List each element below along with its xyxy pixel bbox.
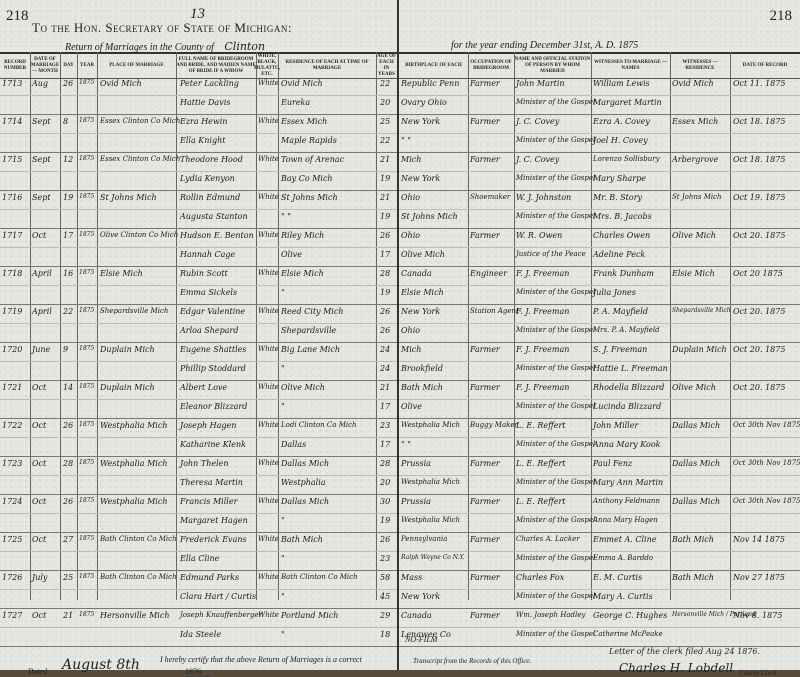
record-date: Oct 19. 1875 (733, 193, 785, 202)
table-row: 1716 Sept 19 1875 St Johns Mich Rollin E… (0, 190, 397, 229)
record-number: 1723 (2, 459, 22, 468)
record-date: Oct 20. 1875 (733, 345, 785, 354)
officiant-title: Minister of the Gospel (516, 592, 595, 600)
bride-name: Augusta Stanton (180, 212, 248, 221)
certification-year: 1876 (185, 667, 210, 676)
groom-name: Rubin Scott (180, 269, 228, 278)
residence-groom: Essex Mich (281, 117, 327, 126)
bride-name: Emma Sickels (180, 288, 237, 297)
groom-name: Joseph Knauffenberger (180, 611, 262, 619)
witness-residence: Olive Mich (672, 383, 716, 392)
day: 9 (63, 345, 68, 354)
age-bride: 19 (380, 212, 390, 221)
year: 1875 (79, 573, 94, 580)
officiant-title: Minister of the Gospel (516, 288, 595, 296)
day: 8 (63, 117, 68, 126)
witness-1: George C. Hughes (593, 611, 667, 620)
groom-name: Edgar Valentine (180, 307, 245, 316)
witness-1: P. A. Mayfield (593, 307, 648, 316)
color: White (258, 231, 279, 239)
bride-name: Hannah Cage (180, 250, 235, 259)
birthplace-groom: Mich (401, 345, 421, 354)
color: White (258, 193, 279, 201)
day: 22 (63, 307, 73, 316)
bride-name: Katharine Klenk (180, 440, 246, 449)
groom-name: Joseph Hagen (180, 421, 236, 430)
clerk-signature: Charles H. Lobdell (619, 661, 733, 675)
birthplace-groom: New York (401, 307, 440, 316)
residence-groom: Reed City Mich (281, 307, 344, 316)
witness-residence: Bath Mich (672, 535, 714, 544)
age-groom: 28 (380, 459, 390, 468)
col-color: White, Black, Mulatto, Etc. (256, 54, 279, 78)
groom-name: Eugene Shattles (180, 345, 247, 354)
age-bride: 19 (380, 174, 390, 183)
color: White (258, 307, 279, 315)
witness-residence: Elsie Mich (672, 269, 715, 278)
officiant-name: Charles Fox (516, 573, 564, 582)
color: White (258, 497, 279, 505)
residence-groom: St Johns Mich (281, 193, 338, 202)
groom-name: Frederick Evans (180, 535, 247, 544)
groom-name: Ezra Hewin (180, 117, 227, 126)
birthplace-groom: Pennsylvania (401, 535, 447, 543)
witness-residence: Shepardsville Mich (672, 307, 731, 314)
residence-bride: Shepardsville (281, 326, 336, 335)
table-row: 1725 Oct 27 1875 Bath Clinton Co Mich Fr… (0, 532, 397, 571)
table-row: 1719 April 22 1875 Shepardsville Mich Ed… (0, 304, 397, 343)
birthplace-groom: New York (401, 117, 440, 126)
age-bride: 19 (380, 516, 390, 525)
col-age: Age of Each in Years (376, 54, 397, 78)
record-number: 1722 (2, 421, 22, 430)
table-row: Canada Lenawee Co Farmer Wm. Joseph Hadl… (399, 608, 800, 647)
filed-note: Letter of the clerk filed Aug 24 1876. (609, 647, 760, 656)
groom-name: John Thelen (180, 459, 229, 468)
officiant-name: F. J. Freeman (516, 269, 569, 278)
color: White (258, 117, 279, 125)
table-row: Ohio St Johns Mich Shoemaker W. J. Johns… (399, 190, 800, 229)
record-date: Oct 20. 1875 (733, 307, 785, 316)
year: 1875 (79, 231, 94, 238)
day: 16 (63, 269, 73, 278)
officiant-name: W. R. Owen (516, 231, 562, 240)
age-groom: 21 (380, 155, 390, 164)
witness-1: John Miller (593, 421, 638, 430)
officiant-title: Minister of the Gospel (516, 98, 595, 106)
age-groom: 28 (380, 269, 390, 278)
witness-2: Lucinda Blizzard (593, 402, 661, 411)
witness-residence: Dallas Mich (672, 459, 720, 468)
witness-2: Hattie L. Freeman (593, 364, 668, 373)
table-row: New York Ohio Station Agent F. J. Freema… (399, 304, 800, 343)
residence-groom: Riley Mich (281, 231, 324, 240)
month: Oct (32, 383, 46, 392)
record-date: Nov 14 1875 (733, 535, 785, 544)
officiant-name: J. C. Covey (516, 117, 559, 126)
table-row: 1726 July 25 1875 Bath Clinton Co Mich E… (0, 570, 397, 609)
occupation: Farmer (470, 611, 500, 620)
place: Shepardsville Mich (100, 307, 168, 315)
birthplace-groom: Prussia (401, 459, 431, 468)
table-row: 1713 Aug 26 1875 Ovid Mich Peter Lacklin… (0, 76, 397, 115)
year: 1875 (79, 193, 94, 200)
witness-1: Paul Fenz (593, 459, 632, 468)
table-row: Prussia Westphalia Mich Farmer L. E. Ref… (399, 494, 800, 533)
officiant-title: Minister of the Gospel (516, 212, 595, 220)
record-date: Oct 20 1875 (733, 269, 783, 278)
color: White (258, 535, 279, 543)
residence-bride: " (281, 516, 285, 525)
birthplace-bride: " " (401, 136, 411, 145)
officiant-name: L. E. Reffert (516, 421, 566, 430)
age-bride: 45 (380, 592, 390, 601)
witness-1: Charles Owen (593, 231, 650, 240)
table-row: Prussia Westphalia Mich Farmer L. E. Ref… (399, 456, 800, 495)
officiant-name: F. J. Freeman (516, 345, 569, 354)
color: White (258, 611, 279, 619)
age-groom: 26 (380, 307, 390, 316)
film-note: NO-FILM (405, 635, 437, 644)
transcript-text: Transcript from the Records of this Offi… (413, 657, 531, 665)
age-groom: 22 (380, 79, 390, 88)
record-date: Oct 18. 1875 (733, 117, 785, 126)
age-bride: 24 (380, 364, 390, 373)
occupation: Farmer (470, 231, 500, 240)
record-number: 1718 (2, 269, 22, 278)
birthplace-groom: Ohio (401, 193, 420, 202)
occupation: Farmer (470, 117, 500, 126)
col-names: Full Name of Bridegroom and Bride, and M… (176, 54, 257, 78)
table-row: 1722 Oct 26 1875 Westphalia Mich Joseph … (0, 418, 397, 457)
residence-bride: " (281, 288, 285, 297)
age-groom: 25 (380, 117, 390, 126)
year: 1875 (79, 497, 94, 504)
birthplace-bride: Westphalia Mich (401, 516, 460, 524)
day: 21 (63, 611, 73, 620)
bride-name: Ella Cline (180, 554, 219, 563)
year: 1875 (79, 345, 94, 352)
day: 28 (63, 459, 73, 468)
table-row: 1718 April 16 1875 Elsie Mich Rubin Scot… (0, 266, 397, 305)
residence-bride: Eureka (281, 98, 310, 107)
col-birthplace: Birthplace of Each (399, 54, 469, 78)
witness-1: Rhodella Blizzard (593, 383, 664, 392)
residence-groom: Elsie Mich (281, 269, 324, 278)
bride-name: Ella Knight (180, 136, 225, 145)
witness-2: Adeline Peck (593, 250, 645, 259)
year: 1875 (79, 611, 94, 618)
witness-residence: St Johns Mich (672, 193, 722, 201)
table-row: 1714 Sept 8 1875 Essex Clinton Co Mich E… (0, 114, 397, 153)
month: Oct (32, 497, 46, 506)
record-date: Oct 11. 1875 (733, 79, 785, 88)
place: Duplain Mich (100, 345, 155, 354)
officiant-name: F. J. Freeman (516, 307, 569, 316)
residence-groom: Ovid Mich (281, 79, 323, 88)
officiant-name: L. E. Reffert (516, 459, 566, 468)
witness-1: E. M. Curtis (593, 573, 642, 582)
col-record-number: Record Number (0, 54, 31, 78)
color: White (258, 421, 279, 429)
place: Westphalia Mich (100, 459, 167, 468)
record-date: Oct 30th Nov 1875 (733, 421, 800, 429)
color: White (258, 269, 279, 277)
dated-value: August 8th (62, 657, 140, 673)
age-bride: 26 (380, 326, 390, 335)
groom-name: Peter Lackling (180, 79, 239, 88)
age-bride: 20 (380, 98, 390, 107)
birthplace-bride: Ralph Wayne Co N.Y. (401, 554, 465, 561)
officiant-title: Minister of the Gospel (516, 364, 595, 372)
month: April (32, 307, 52, 316)
table-row: Ohio Olive Mich Farmer W. R. Owen Justic… (399, 228, 800, 267)
residence-bride: " (281, 592, 285, 601)
col-year: Year (77, 54, 98, 78)
year: 1875 (79, 459, 94, 466)
occupation: Farmer (470, 459, 500, 468)
birthplace-bride: Elsie Mich (401, 288, 444, 297)
age-bride: 22 (380, 136, 390, 145)
residence-groom: Lodi Clinton Co Mich (281, 421, 357, 429)
officiant-title: Minister of the Gospel (516, 554, 595, 562)
groom-name: Albert Love (180, 383, 227, 392)
witness-1: Emmet A. Cline (593, 535, 657, 544)
place: Essex Clinton Co Mich (100, 117, 180, 125)
witness-2: Mary A. Curtis (593, 592, 653, 601)
occupation: Farmer (470, 345, 500, 354)
day: 17 (63, 231, 73, 240)
officiant-name: W. J. Johnston (516, 193, 571, 202)
record-number: 1714 (2, 117, 22, 126)
age-groom: 26 (380, 535, 390, 544)
witness-2: Emma A. Barddo (593, 554, 653, 562)
witness-2: Mrs. B. Jacobs (593, 212, 652, 221)
page-title: To the Hon. Secretary of State of Michig… (32, 20, 292, 36)
table-row: 1723 Oct 28 1875 Westphalia Mich John Th… (0, 456, 397, 495)
age-bride: 17 (380, 440, 390, 449)
color: White (258, 345, 279, 353)
residence-groom: Town of Arenac (281, 155, 344, 164)
month: April (32, 269, 52, 278)
witness-residence: Dallas Mich (672, 421, 720, 430)
year: 1875 (79, 383, 94, 390)
residence-groom: Olive Mich (281, 383, 325, 392)
witness-1: S. J. Freeman (593, 345, 647, 354)
age-groom: 21 (380, 383, 390, 392)
residence-bride: " (281, 554, 285, 563)
place: St Johns Mich (100, 193, 157, 202)
bride-name: Phillip Stoddard (180, 364, 246, 373)
groom-name: Hudson E. Benton (180, 231, 254, 240)
record-number: 1713 (2, 79, 22, 88)
year: 1875 (79, 535, 94, 542)
witness-2: Anna Mary Hagen (593, 516, 658, 524)
birthplace-groom: Bath Mich (401, 383, 443, 392)
officiant-title: Minister of the Gospel (516, 326, 595, 334)
color: White (258, 79, 279, 87)
certification-text: I hereby certify that the above Return o… (160, 655, 362, 664)
place: Bath Clinton Co Mich (100, 573, 177, 581)
day: 26 (63, 421, 73, 430)
birthplace-bride: " " (401, 440, 411, 449)
table-row: Bath Mich Olive Farmer F. J. Freeman Min… (399, 380, 800, 419)
year: 1875 (79, 421, 94, 428)
groom-name: Francis Miller (180, 497, 237, 506)
record-date: Oct 30th Nov 1875 (733, 459, 800, 467)
table-row: Mass New York Farmer Charles Fox Ministe… (399, 570, 800, 609)
officiant-name: Wm. Joseph Hadley (516, 611, 585, 619)
col-day: Day (60, 54, 78, 78)
day: 26 (63, 79, 73, 88)
residence-groom: Bath Clinton Co Mich (281, 573, 358, 581)
birthplace-bride: Westphalia Mich (401, 478, 460, 486)
witness-2: Margaret Martin (593, 98, 662, 107)
day: 12 (63, 155, 73, 164)
groom-name: Edmund Parks (180, 573, 239, 582)
residence-bride: " " (281, 212, 291, 221)
record-number: 1724 (2, 497, 22, 506)
witness-2: Mrs. P. A. Mayfield (593, 326, 660, 334)
color: White (258, 383, 279, 391)
age-bride: 17 (380, 250, 390, 259)
birthplace-bride: New York (401, 592, 440, 601)
witness-residence: Essex Mich (672, 117, 718, 126)
table-row: Mich Brookfield Farmer F. J. Freeman Min… (399, 342, 800, 381)
occupation: Farmer (470, 155, 500, 164)
record-date: Nov 27 1875 (733, 573, 785, 582)
birthplace-groom: Canada (401, 269, 432, 278)
age-groom: 24 (380, 345, 390, 354)
month: Sept (32, 117, 51, 126)
occupation: Engineer (470, 269, 507, 278)
record-number: 1727 (2, 611, 22, 620)
place: Bath Clinton Co Mich (100, 535, 177, 543)
right-page: 218 for the year ending December 31st, A… (399, 0, 800, 670)
table-row: Republic Penn Ovary Ohio Farmer John Mar… (399, 76, 800, 115)
year: 1875 (79, 79, 94, 86)
bride-name: Arloa Shepard (180, 326, 239, 335)
birthplace-bride: Olive Mich (401, 250, 445, 259)
page-number-left: 218 (6, 8, 29, 25)
table-row: Pennsylvania Ralph Wayne Co N.Y. Farmer … (399, 532, 800, 571)
table-row: Westphalia Mich " " Buggy Maker L. E. Re… (399, 418, 800, 457)
birthplace-groom: Mass (401, 573, 422, 582)
record-date: Oct 20. 1875 (733, 383, 785, 392)
birthplace-groom: Canada (401, 611, 432, 620)
record-date: Nov 8. 1875 (733, 611, 782, 620)
birthplace-bride: Brookfield (401, 364, 443, 373)
right-column-headers: Birthplace of Each Occupation of Bridegr… (399, 52, 800, 79)
birthplace-groom: Republic Penn (401, 79, 459, 88)
month: June (32, 345, 50, 354)
bride-name: Lydia Kenyon (180, 174, 235, 183)
color: White (258, 573, 279, 581)
bride-name: Ida Steele (180, 630, 221, 639)
birthplace-bride: Ovary Ohio (401, 98, 447, 107)
place: Westphalia Mich (100, 421, 167, 430)
year: 1875 (79, 269, 94, 276)
col-date-of-record: Date of Record (730, 54, 800, 78)
groom-name: Theodore Hood (180, 155, 243, 164)
col-month: Date of Marriage — Month (30, 54, 61, 78)
officiant-name: F. J. Freeman (516, 383, 569, 392)
year: 1875 (79, 155, 94, 162)
month: Oct (32, 611, 46, 620)
col-residence: Residence of Each at Time of Marriage (278, 54, 377, 78)
witness-residence: Olive Mich (672, 231, 716, 240)
month: Oct (32, 421, 46, 430)
age-bride: 18 (380, 630, 390, 639)
day: 14 (63, 383, 73, 392)
residence-groom: Big Lane Mich (281, 345, 340, 354)
witness-residence: Bath Mich (672, 573, 714, 582)
witness-residence: Arbergrove (672, 155, 718, 164)
record-number: 1725 (2, 535, 22, 544)
age-bride: 17 (380, 402, 390, 411)
place: Hersonville Mich (100, 611, 169, 620)
residence-bride: Dallas (281, 440, 306, 449)
residence-bride: " (281, 402, 285, 411)
witness-1: Frank Dunham (593, 269, 654, 278)
col-place: Place of Marriage (97, 54, 177, 78)
officiant-title: Minister of the Gospel (516, 136, 595, 144)
col-officiant: Name and Official Station of Person by W… (514, 54, 592, 78)
place: Elsie Mich (100, 269, 143, 278)
officiant-name: L. E. Reffert (516, 497, 566, 506)
groom-name: Rollin Edmund (180, 193, 240, 202)
officiant-title: Minister of the Gospel (516, 402, 595, 410)
witness-2: Mary Sharpe (593, 174, 646, 183)
officiant-name: J. C. Covey (516, 155, 559, 164)
year-ending-line: for the year ending December 31st, A. D.… (451, 40, 638, 51)
month: Sept (32, 155, 51, 164)
bride-name: Clara Hart / Curtis (180, 592, 256, 601)
occupation: Farmer (470, 573, 500, 582)
witness-2: Julia Jones (593, 288, 636, 297)
occupation: Farmer (470, 383, 500, 392)
table-row: 1717 Oct 17 1875 Olive Clinton Co Mich H… (0, 228, 397, 267)
record-number: 1721 (2, 383, 22, 392)
record-date: Oct 30th Nov 1875 (733, 497, 800, 505)
day: 26 (63, 497, 73, 506)
record-date: Oct 18. 1875 (733, 155, 785, 164)
witness-1: Mr. B. Story (593, 193, 642, 202)
officiant-title: Minister of the Gospel (516, 630, 595, 638)
record-number: 1719 (2, 307, 22, 316)
birthplace-groom: Mich (401, 155, 421, 164)
place: Westphalia Mich (100, 497, 167, 506)
birthplace-bride: Ohio (401, 326, 420, 335)
month: Oct (32, 459, 46, 468)
marriage-register-sheet: 218 13 To the Hon. Secretary of State of… (0, 0, 800, 670)
age-groom: 23 (380, 421, 390, 430)
occupation: Farmer (470, 79, 500, 88)
witness-1: Lorenzo Sollisbury (593, 155, 660, 163)
place: Duplain Mich (100, 383, 155, 392)
residence-groom: Bath Mich (281, 535, 323, 544)
month: July (32, 573, 47, 582)
officiant-name: John Martin (516, 79, 565, 88)
col-occupation: Occupation of Bridegroom (468, 54, 515, 78)
left-page: 218 13 To the Hon. Secretary of State of… (0, 0, 399, 670)
occupation: Shoemaker (470, 193, 510, 201)
age-bride: 19 (380, 288, 390, 297)
age-groom: 58 (380, 573, 390, 582)
color: White (258, 155, 279, 163)
table-row: New York " " Farmer J. C. Covey Minister… (399, 114, 800, 153)
year: 1875 (79, 307, 94, 314)
